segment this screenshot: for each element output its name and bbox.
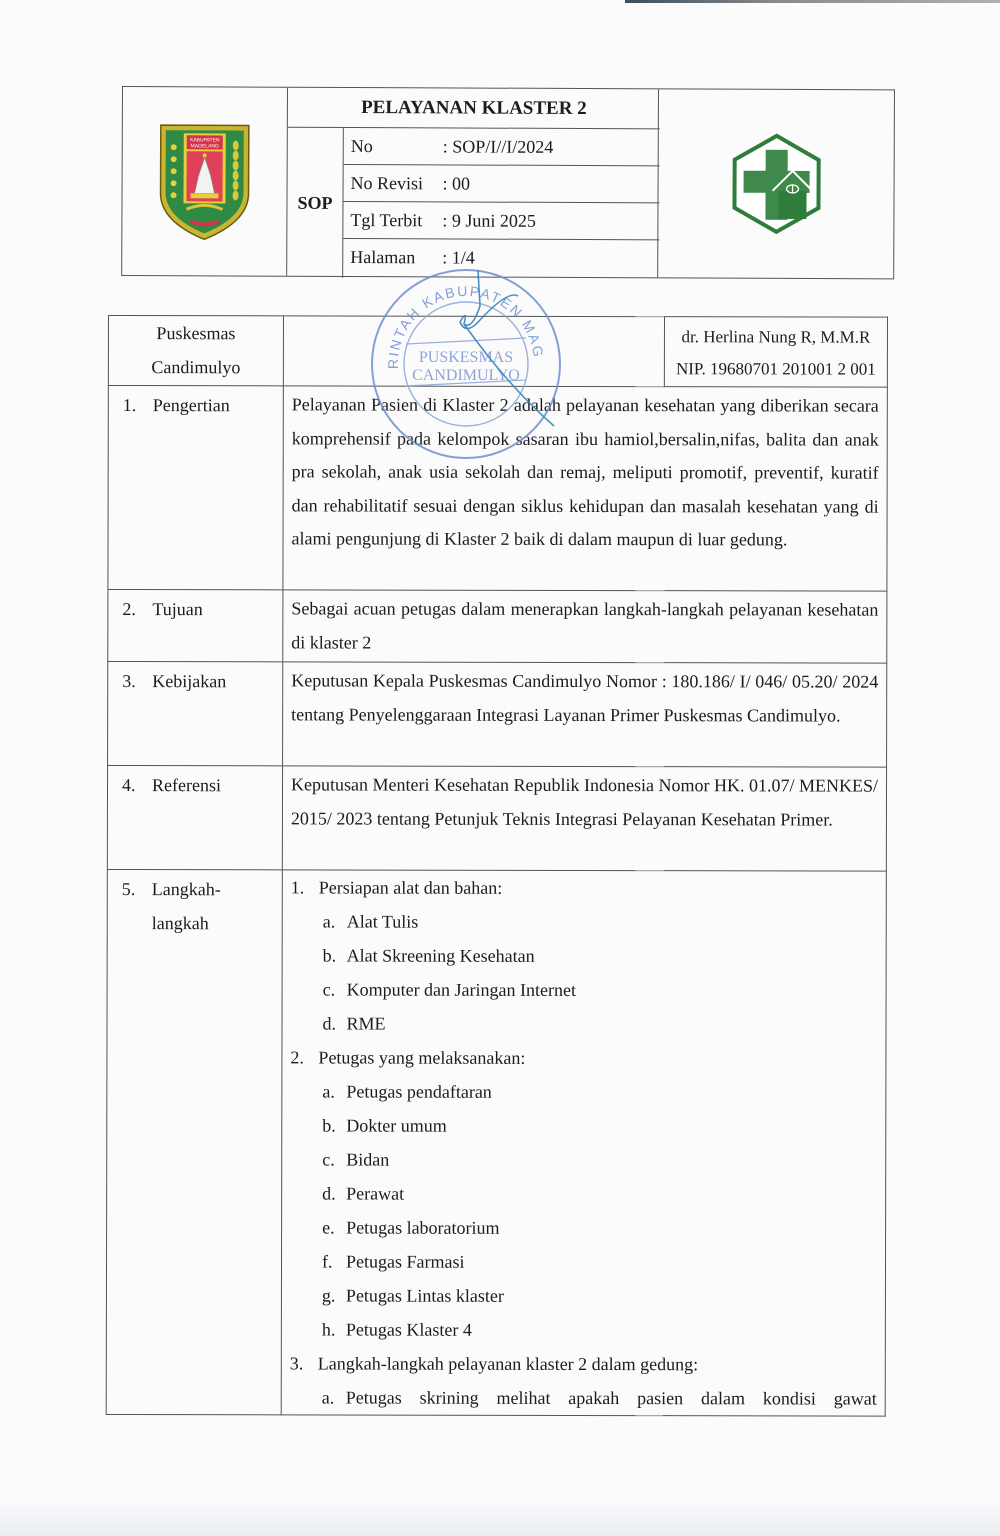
step-item: a.Petugas pendaftaran	[282, 1074, 885, 1109]
item-text: Petugas Klaster 4	[346, 1320, 472, 1340]
item-text: Alat Tulis	[347, 912, 419, 932]
step-group-1: 1.Persiapan alat dan bahan:	[283, 870, 886, 905]
meta-key: Halaman	[350, 247, 442, 268]
item-letter: b.	[323, 938, 347, 972]
section-body: Keputusan Kepala Puskesmas Candimulyo No…	[283, 662, 887, 767]
item-text: Petugas pendaftaran	[346, 1082, 491, 1102]
meta-key: No	[351, 135, 443, 156]
item-text: Perawat	[346, 1184, 404, 1204]
item-letter: c.	[323, 972, 347, 1006]
step-item: d.RME	[282, 1006, 885, 1041]
step-item: d.Perawat	[282, 1176, 885, 1211]
puskesmas-hexagon-cross-icon	[730, 133, 822, 235]
step-title: Petugas yang melaksanakan:	[318, 1047, 525, 1067]
item-letter: b.	[322, 1108, 346, 1142]
kabupaten-magelang-crest-icon: KABUPATEN MAGELANG	[156, 121, 253, 241]
meta-key: Tgl Terbit	[350, 209, 442, 230]
section-label: 1.Pengertian	[108, 386, 283, 590]
step-number: 3.	[290, 1346, 318, 1380]
meta-value: : 9 Juni 2025	[442, 210, 536, 231]
meta-row-no: No : SOP/I//I/2024	[344, 128, 660, 166]
sop-label: SOP	[287, 128, 344, 278]
item-letter: c.	[322, 1142, 346, 1176]
section-label-text: Tujuan	[152, 599, 202, 619]
step-item: b.Alat Skreening Kesehatan	[283, 938, 886, 973]
item-text: Petugas Farmasi	[346, 1252, 465, 1272]
item-letter: d.	[322, 1176, 346, 1210]
step-title: Persiapan alat dan bahan:	[319, 877, 502, 897]
item-text: Alat Skreening Kesehatan	[347, 946, 535, 966]
item-text: Komputer dan Jaringan Internet	[347, 980, 576, 1000]
step-item: a.Alat Tulis	[283, 904, 886, 939]
step-item: e.Petugas laboratorium	[282, 1210, 885, 1245]
svg-text:MAGELANG: MAGELANG	[191, 143, 219, 149]
meta-row-tgl-terbit: Tgl Terbit : 9 Juni 2025	[343, 202, 659, 240]
item-text: Bidan	[346, 1150, 389, 1170]
steps-body: 1.Persiapan alat dan bahan: a.Alat Tulis…	[281, 870, 886, 1416]
section-label: 5.Langkah- langkah	[106, 869, 282, 1414]
meta-value: : 00	[443, 173, 471, 194]
step-item: b.Dokter umum	[282, 1108, 885, 1143]
sop-content-table: Puskesmas Candimulyo dr. Herlina Nung R,…	[106, 315, 888, 1417]
item-text: Petugas skrining melihat apakah pasien d…	[346, 1388, 877, 1409]
section-label: 3.Kebijakan	[108, 662, 283, 766]
item-letter: f.	[322, 1244, 346, 1278]
item-text: Petugas laboratorium	[346, 1218, 500, 1238]
signature-row: Puskesmas Candimulyo dr. Herlina Nung R,…	[108, 316, 887, 388]
section-label-text: Pengertian	[153, 395, 230, 415]
section-body: Keputusan Menteri Kesehatan Republik Ind…	[282, 766, 886, 871]
section-row-langkah: 5.Langkah- langkah 1.Persiapan alat dan …	[106, 869, 886, 1416]
signer-name: dr. Herlina Nung R, M.M.R	[665, 321, 887, 353]
section-row-pengertian: 1.Pengertian Pelayanan Pasien di Klaster…	[108, 386, 887, 592]
meta-value: : 1/4	[442, 247, 475, 268]
item-text: RME	[346, 1014, 385, 1034]
scan-edge	[625, 0, 1000, 3]
section-number: 4.	[122, 768, 152, 802]
step-item: c.Bidan	[282, 1142, 885, 1177]
org-name-line2: Candimulyo	[109, 350, 283, 384]
section-body: Sebagai acuan petugas dalam menerapkan l…	[283, 590, 887, 663]
meta-row-revisi: No Revisi : 00	[343, 165, 659, 203]
signer-cell: dr. Herlina Nung R, M.M.R NIP. 19680701 …	[664, 317, 887, 387]
item-letter: g.	[322, 1278, 346, 1312]
section-number: 2.	[122, 592, 152, 626]
section-label-text: Langkah-	[152, 879, 221, 899]
step-group-3: 3.Langkah-langkah pelayanan klaster 2 da…	[282, 1346, 885, 1381]
section-label-text-line2: langkah	[122, 906, 282, 940]
section-row-kebijakan: 3.Kebijakan Keputusan Kepala Puskesmas C…	[108, 662, 887, 768]
step-title: Langkah-langkah pelayanan klaster 2 dala…	[318, 1353, 698, 1374]
right-logo-cell	[657, 89, 894, 278]
section-label: 4.Referensi	[107, 766, 282, 870]
section-label: 2.Tujuan	[108, 590, 283, 662]
step-item: g.Petugas Lintas klaster	[282, 1278, 885, 1313]
section-number: 1.	[123, 388, 153, 422]
item-text: Dokter umum	[346, 1116, 447, 1136]
section-body: Pelayanan Pasien di Klaster 2 adalah pel…	[283, 386, 887, 591]
step-item: c.Komputer dan Jaringan Internet	[283, 972, 886, 1007]
meta-value: : SOP/I//I/2024	[443, 136, 554, 157]
section-row-referensi: 4.Referensi Keputusan Menteri Kesehatan …	[107, 766, 886, 872]
org-name-line1: Puskesmas	[109, 316, 283, 350]
item-letter: a.	[322, 1074, 346, 1108]
signer-nip: NIP. 19680701 201001 2 001	[665, 353, 887, 385]
organization-cell: Puskesmas Candimulyo	[108, 316, 283, 386]
sop-header-table: KABUPATEN MAGELANG PELAYANAN KLASTER 2 S…	[121, 86, 895, 279]
item-text: Petugas Lintas klaster	[346, 1286, 504, 1306]
step-item: h.Petugas Klaster 4	[282, 1312, 885, 1347]
section-label-text: Referensi	[152, 775, 221, 795]
step-item: a.Petugas skrining melihat apakah pasien…	[282, 1380, 885, 1415]
left-logo-cell: KABUPATEN MAGELANG	[122, 87, 288, 276]
section-row-tujuan: 2.Tujuan Sebagai acuan petugas dalam men…	[108, 590, 887, 664]
scan-shadow	[0, 1500, 1000, 1536]
step-number: 2.	[290, 1040, 318, 1074]
section-number: 5.	[122, 872, 152, 906]
item-letter: a.	[322, 1380, 346, 1414]
item-letter: a.	[323, 904, 347, 938]
item-letter: h.	[322, 1312, 346, 1346]
meta-row-halaman: Halaman : 1/4	[343, 239, 659, 277]
section-label-text: Kebijakan	[152, 671, 226, 691]
step-number: 1.	[291, 870, 319, 904]
section-number: 3.	[122, 664, 152, 698]
sop-meta: No : SOP/I//I/2024 No Revisi : 00 Tgl Te…	[343, 128, 660, 279]
signature-blank-cell	[283, 316, 664, 387]
document-title: PELAYANAN KLASTER 2	[288, 88, 660, 130]
step-item: f.Petugas Farmasi	[282, 1244, 885, 1279]
item-letter: d.	[322, 1006, 346, 1040]
meta-key: No Revisi	[351, 172, 443, 193]
item-letter: e.	[322, 1210, 346, 1244]
step-group-2: 2.Petugas yang melaksanakan:	[282, 1040, 885, 1075]
